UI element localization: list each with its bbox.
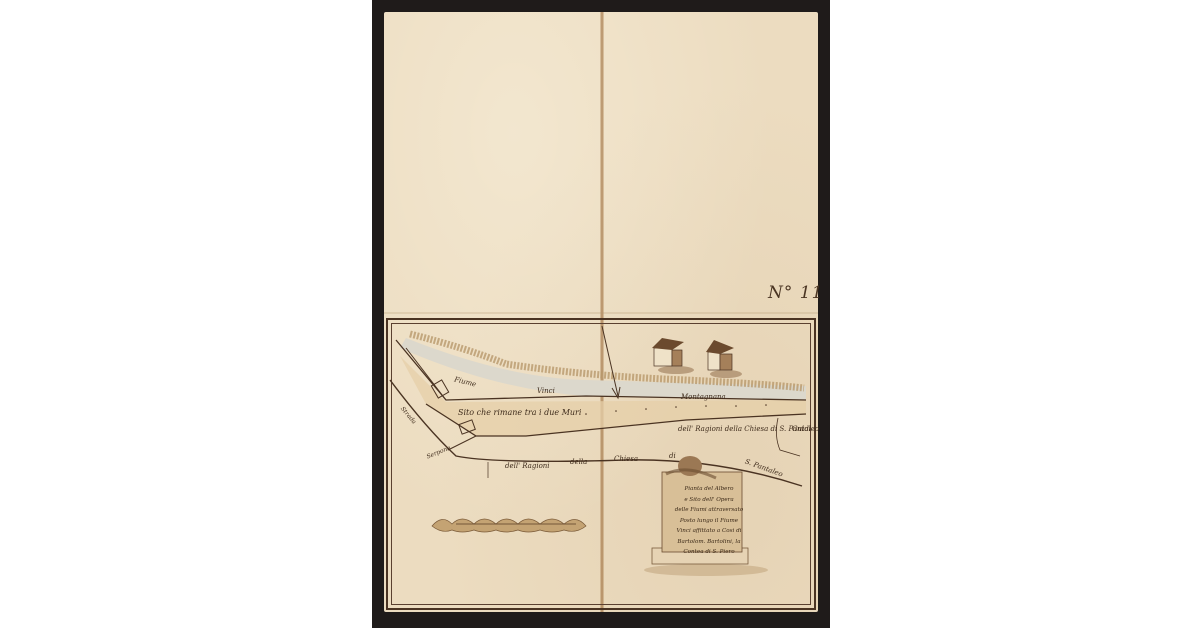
label-lower-2: della (570, 458, 587, 466)
label-lower-4: di (669, 452, 676, 460)
label-site: Sito che rimane tra i due Muri (458, 408, 581, 417)
plaque-line: Vinci affittato a Cosi di (672, 526, 746, 537)
house-2 (706, 340, 742, 378)
plaque-line: delle Fiumi attraversato (672, 505, 746, 516)
plaque-line: e Sito dell' Opera (672, 495, 746, 506)
horizontal-fold-line (384, 312, 818, 314)
label-lower-3: Chiesa (614, 455, 638, 463)
label-lower-1: dell' Ragioni (505, 462, 550, 470)
label-river-vinci: Vinci (537, 387, 555, 395)
plaque-line: Pianta del Albero (672, 484, 746, 495)
house-1 (652, 338, 694, 374)
plaque-inscription: Pianta del Albero e Sito dell' Opera del… (672, 484, 746, 558)
plaque-line: Contea di S. Piero (672, 547, 746, 558)
label-strip-upper-end: Guidi (792, 425, 811, 433)
scale-bar-scroll (432, 519, 586, 532)
plaque-line: Posto lungo il Fiume (672, 516, 746, 527)
label-montagnana: Montagnana (681, 393, 726, 401)
sheet-number: N° 11 (768, 283, 823, 303)
plaque-line: Bartolom. Bartolini, la (672, 537, 746, 548)
